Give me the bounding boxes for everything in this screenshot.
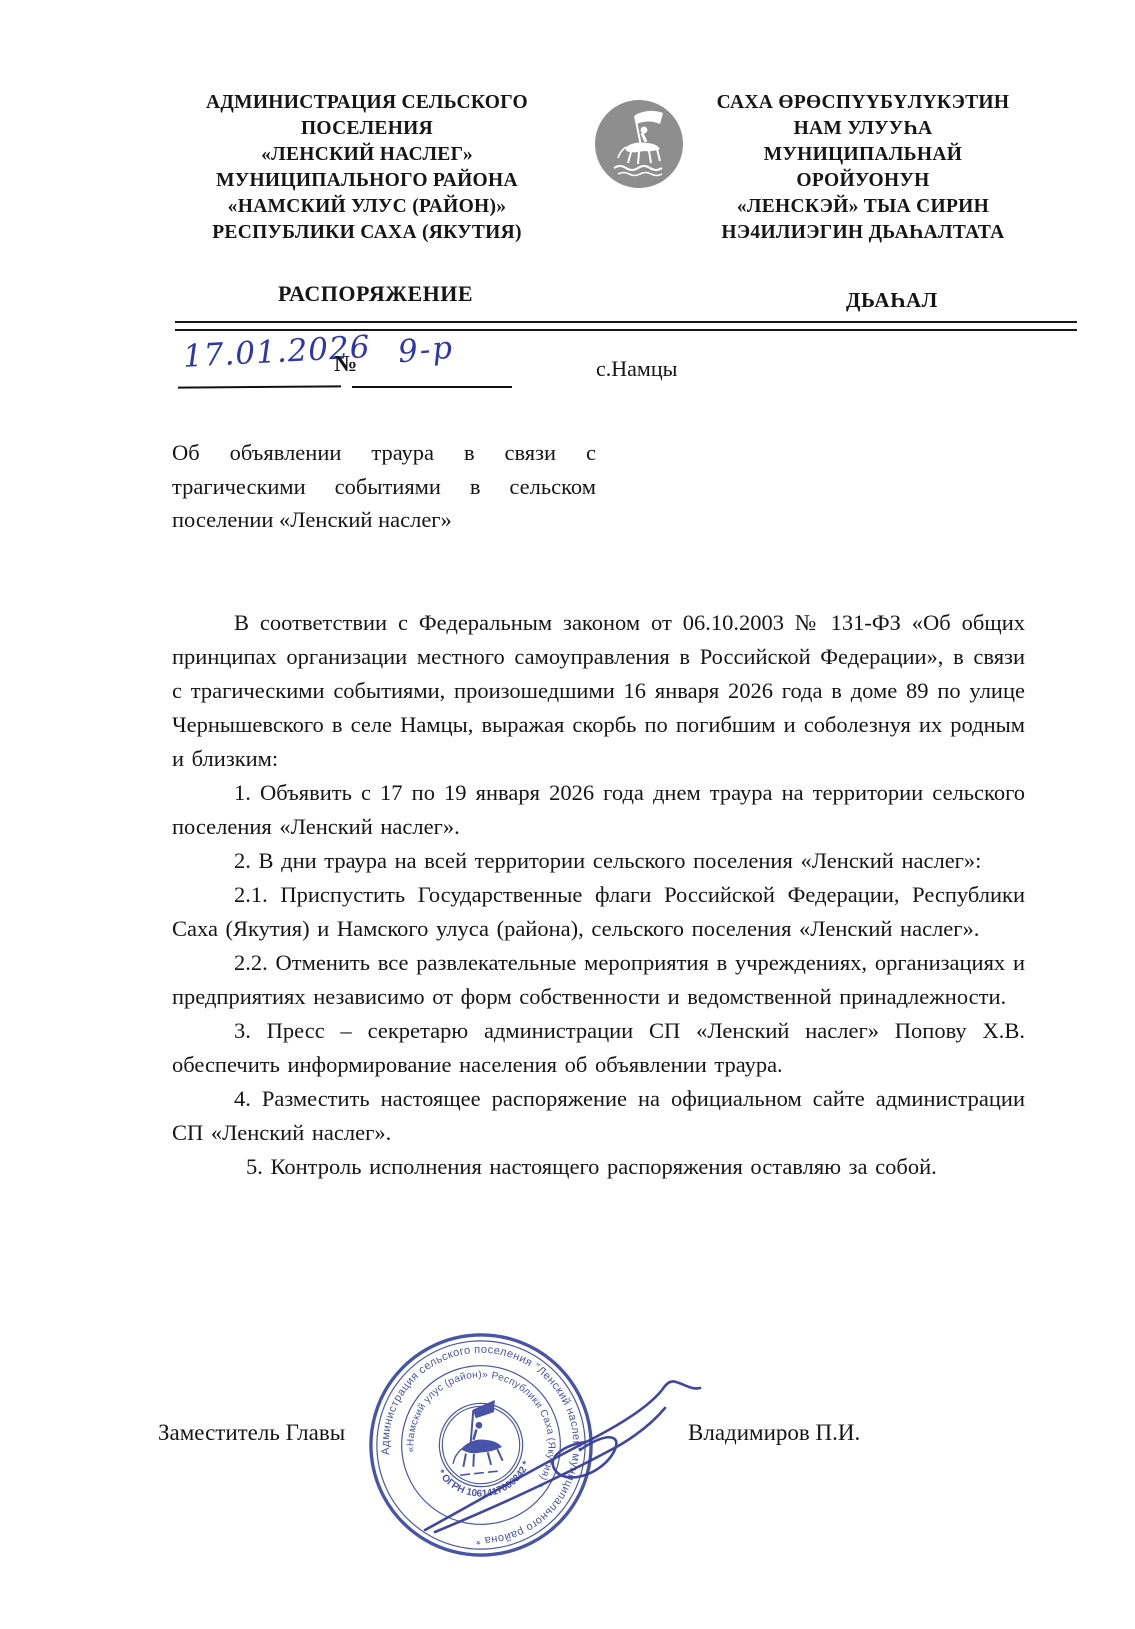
signatory-position: Заместитель Главы xyxy=(158,1420,345,1446)
date-underline xyxy=(178,385,341,388)
doc-type-sakha: ДЬАҺАЛ xyxy=(846,288,938,313)
header-line: ОРОЙУОНУН xyxy=(698,168,1028,194)
paragraph-preamble: В соответствии с Федеральным законом от … xyxy=(172,606,1025,776)
number-underline xyxy=(352,386,512,388)
document-body: В соответствии с Федеральным законом от … xyxy=(172,606,1025,1184)
header-line: МУНИЦИПАЛЬНАЙ xyxy=(698,142,1028,168)
rider-emblem-icon xyxy=(594,99,684,189)
paragraph-item-3: 3. Пресс – секретарю администрации СП «Л… xyxy=(172,1014,1025,1082)
doc-type-russian: РАСПОРЯЖЕНИЕ xyxy=(278,281,473,307)
paragraph-item-4: 4. Разместить настоящее распоряжение на … xyxy=(172,1082,1025,1150)
document-page: АДМИНИСТРАЦИЯ СЕЛЬСКОГО ПОСЕЛЕНИЯ «ЛЕНСК… xyxy=(0,0,1135,1629)
issuer-header-sakha: САХА ӨРӨСПҮҮБҮЛҮКЭТИН НАМ УЛУУҺА МУНИЦИП… xyxy=(698,90,1028,246)
header-line: «ЛЕНСКЭЙ» ТЫА СИРИН xyxy=(698,194,1028,220)
header-line: ПОСЕЛЕНИЯ xyxy=(172,116,562,142)
header-line: МУНИЦИПАЛЬНОГО РАЙОНА xyxy=(172,168,562,194)
number-handwritten: 9-р xyxy=(397,330,456,371)
header-line: РЕСПУБЛИКИ САХА (ЯКУТИЯ) xyxy=(172,220,562,246)
paragraph-item-1: 1. Объявить с 17 по 19 января 2026 года … xyxy=(172,776,1025,844)
header-line: НАМ УЛУУҺА xyxy=(698,116,1028,142)
header-line: «ЛЕНСКИЙ НАСЛЕГ» xyxy=(172,142,562,168)
paragraph-item-2-2: 2.2. Отменить все развлекательные меропр… xyxy=(172,946,1025,1014)
place-of-issue: с.Намцы xyxy=(596,356,677,382)
ink-signature xyxy=(340,1270,960,1570)
header-line: НЭ4ИЛИЭГИН ДЬАҺАЛТАТА xyxy=(698,220,1028,246)
paragraph-item-5: 5. Контроль исполнения настоящего распор… xyxy=(172,1150,1025,1184)
document-subject: Об объявлении траура в связи с трагическ… xyxy=(172,436,596,537)
header-line: «НАМСКИЙ УЛУС (РАЙОН)» xyxy=(172,194,562,220)
issuer-header-russian: АДМИНИСТРАЦИЯ СЕЛЬСКОГО ПОСЕЛЕНИЯ «ЛЕНСК… xyxy=(172,90,562,246)
number-sign: № xyxy=(334,351,357,377)
header-divider-rule xyxy=(175,321,1077,331)
header-line: АДМИНИСТРАЦИЯ СЕЛЬСКОГО xyxy=(172,90,562,116)
paragraph-item-2-1: 2.1. Приспустить Государственные флаги Р… xyxy=(172,878,1025,946)
paragraph-item-2: 2. В дни траура на всей территории сельс… xyxy=(172,844,1025,878)
header-line: САХА ӨРӨСПҮҮБҮЛҮКЭТИН xyxy=(698,90,1028,116)
